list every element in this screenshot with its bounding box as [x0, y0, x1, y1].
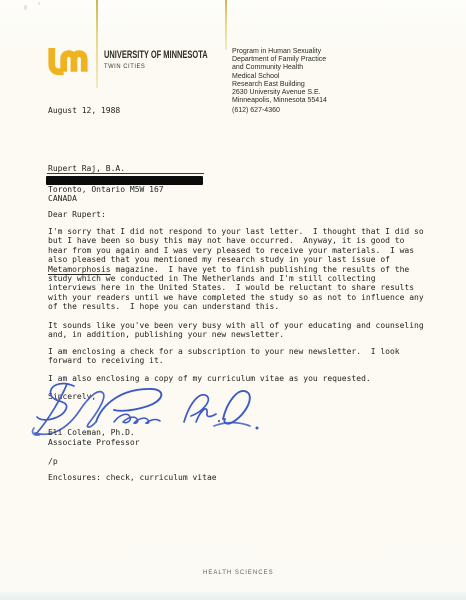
scan-smudge [38, 2, 40, 5]
body-paragraph-1: I'm sorry that I did not respond to your… [48, 227, 424, 312]
recipient-country: CANADA [48, 194, 77, 203]
body-paragraph-2: It sounds like you've been very busy wit… [48, 321, 424, 340]
letterhead-gold-rule-right [225, 0, 227, 50]
program-block: Program in Human Sexuality Department of… [232, 48, 326, 81]
typist-initials: /p [48, 457, 58, 466]
body-paragraph-4: I am also enclosing a copy of my curricu… [48, 374, 371, 383]
letterhead-gold-rule-left [96, 0, 98, 88]
signer-name: Eli Coleman, Ph.D. [48, 428, 135, 437]
scanned-letter-page: UNIVERSITY OF MINNESOTA TWIN CITIES Prog… [0, 0, 466, 600]
campus-name: TWIN CITIES [104, 63, 145, 70]
program-line: Program in Human Sexuality [232, 48, 326, 56]
address-line: 2630 University Avenue S.E. [232, 89, 327, 97]
address-line: Minneapolis, Minnesota 55414 [232, 97, 327, 105]
enclosures-line: Enclosures: check, curriculum vitae [48, 473, 217, 482]
salutation: Dear Rupert: [48, 210, 106, 219]
paragraph-text: I'm sorry that I did not respond to your… [48, 227, 424, 264]
valediction: Sincerely, [48, 392, 96, 401]
body-paragraph-3: I am enclosing a check for a subscriptio… [48, 347, 400, 366]
letter-date: August 12, 1988 [48, 106, 120, 115]
program-line: Department of Family Practice [232, 56, 326, 64]
umn-monogram-icon [47, 43, 89, 85]
program-line: Medical School [232, 73, 326, 81]
university-name: UNIVERSITY OF MINNESOTA [104, 49, 208, 61]
redaction-bar [46, 176, 203, 186]
scan-edge-band [0, 592, 466, 600]
recipient-name-underline [47, 173, 204, 174]
program-line: and Community Health [232, 64, 326, 72]
signer-title: Associate Professor [48, 438, 140, 447]
footer-health-sciences: HEALTH SCIENCES [203, 570, 283, 576]
scan-smudge [24, 5, 27, 10]
underlined-magazine-title: Metamorphosis [48, 265, 111, 274]
address-line: Research East Building [232, 81, 327, 89]
phone-number: (612) 627-4360 [232, 107, 280, 115]
address-block: Research East Building 2630 University A… [232, 81, 327, 106]
